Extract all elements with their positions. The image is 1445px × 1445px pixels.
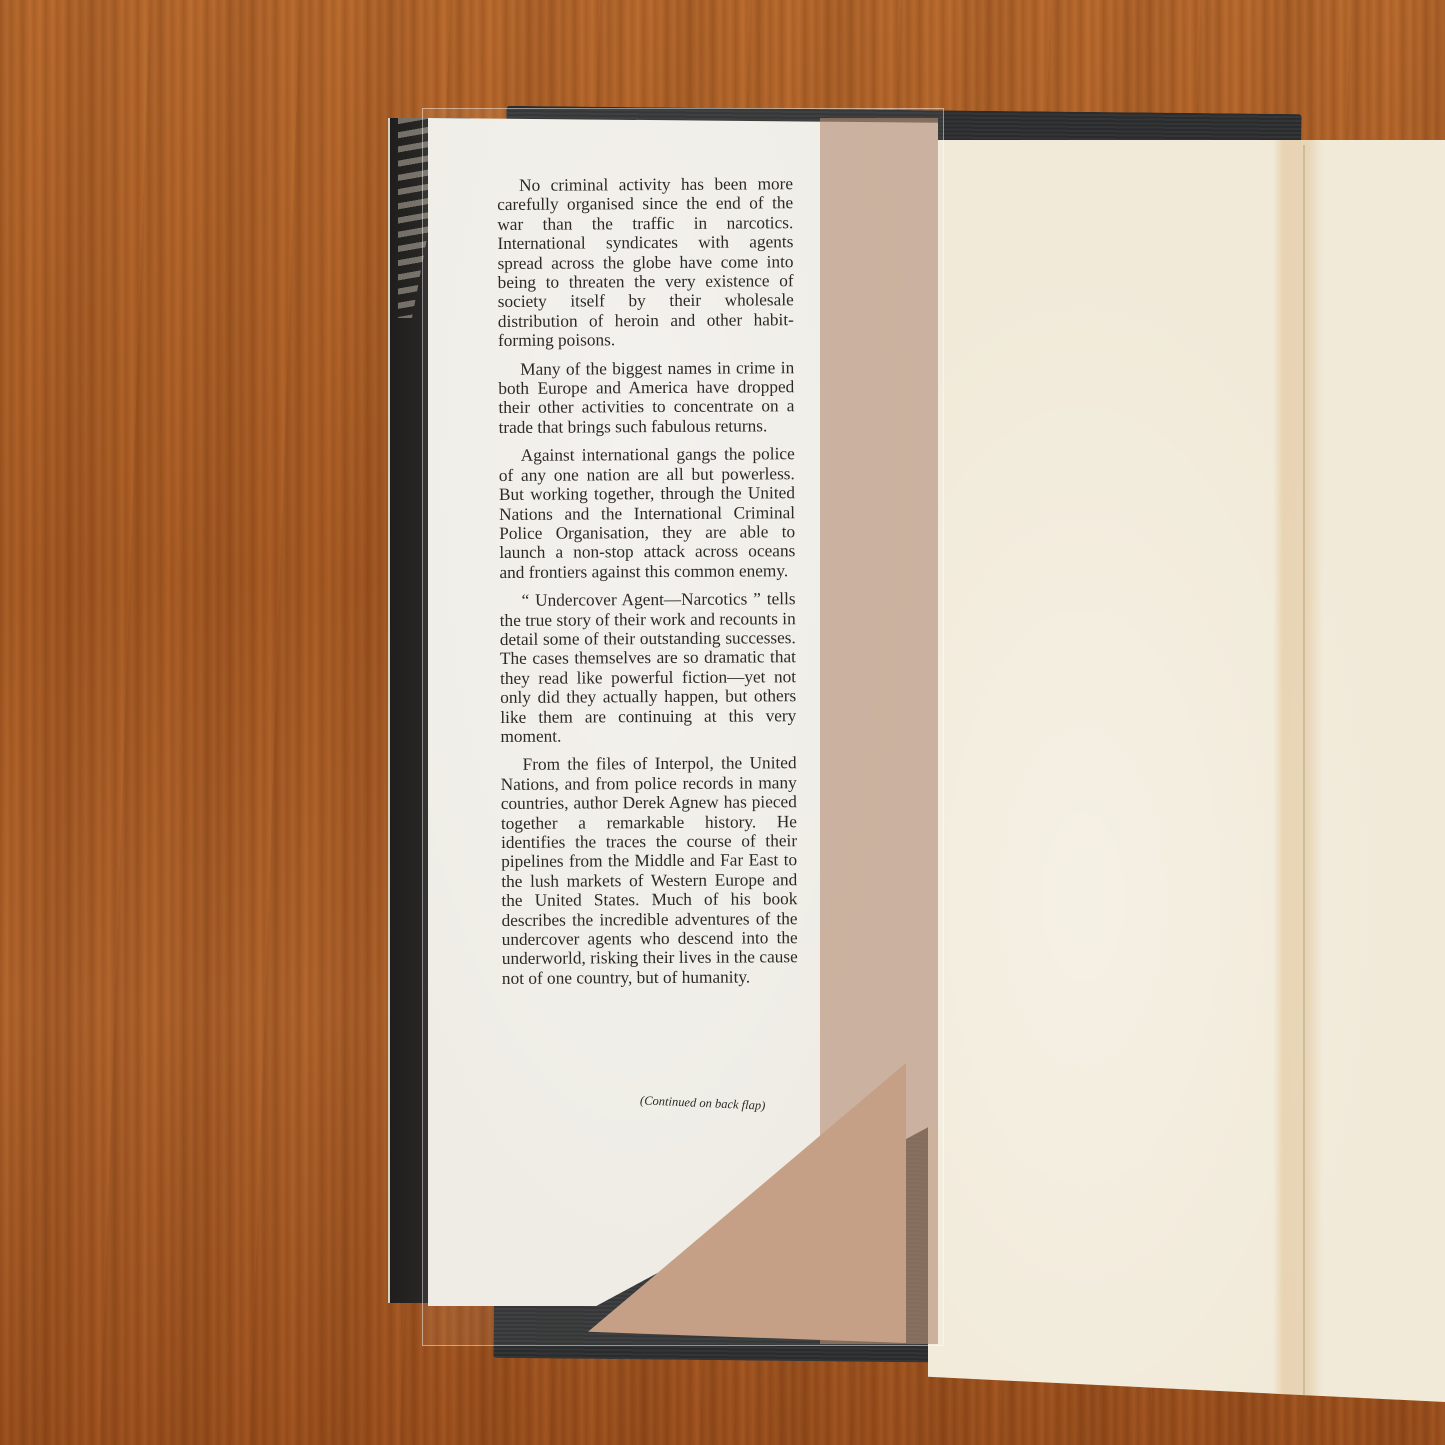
blurb-paragraph-5: From the files of Interpol, the United N… — [501, 754, 798, 989]
jacket-fold-crease — [1303, 145, 1305, 1395]
blurb-paragraph-2: Many of the biggest names in crime in bo… — [498, 358, 794, 437]
blurb-paragraph-4: “ Undercover Agent—Narcotics ” tells the… — [500, 589, 797, 746]
dust-jacket-inner-side — [928, 140, 1445, 1402]
flap-blurb: No criminal activity has been more caref… — [497, 174, 798, 997]
blurb-paragraph-1: No criminal activity has been more caref… — [497, 174, 794, 350]
blurb-paragraph-3: Against international gangs the police o… — [499, 444, 796, 582]
